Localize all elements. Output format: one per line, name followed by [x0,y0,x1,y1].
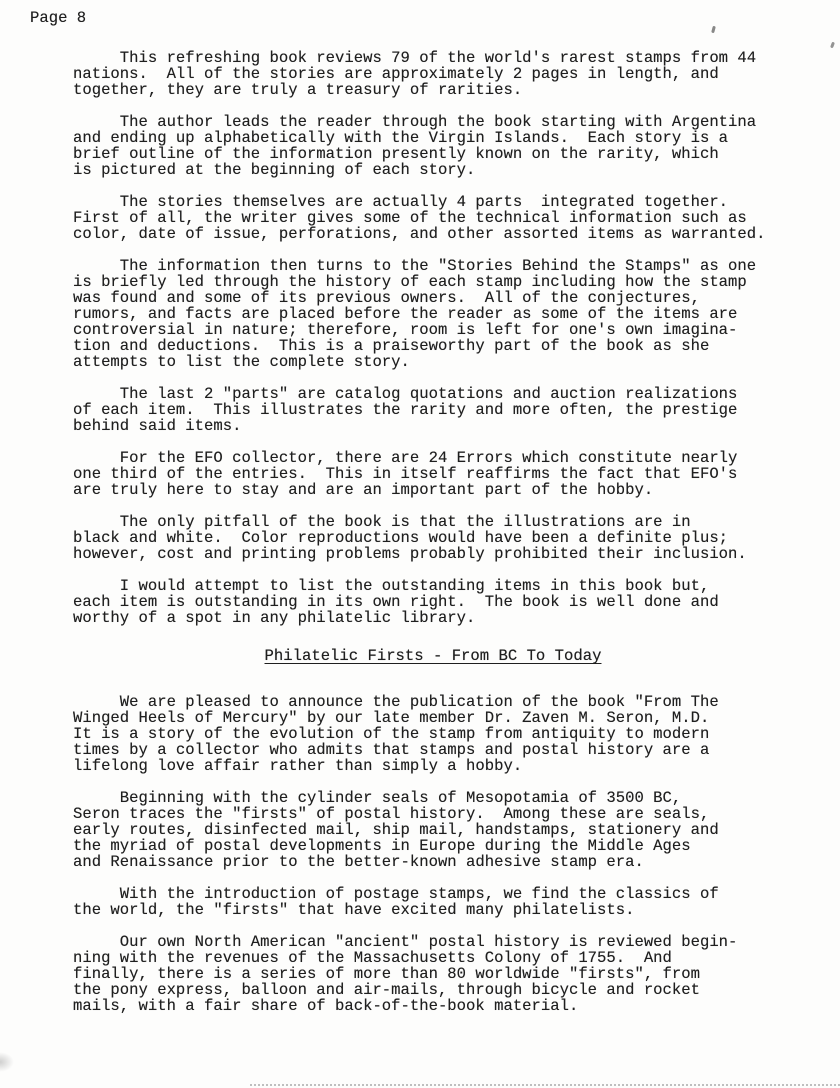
document-page: Page 8 This refreshing book reviews 79 o… [0,0,840,1088]
paragraph-north-american-history: Our own North American "ancient" postal … [73,934,793,1014]
paragraph-book-announcement: We are pleased to announce the publicati… [73,694,793,774]
paragraph-book-review-intro: This refreshing book reviews 79 of the w… [73,50,793,98]
paragraph-book-pitfall: The only pitfall of the book is that the… [73,514,793,562]
paragraph-stories-behind-stamps: The information then turns to the "Stori… [73,258,793,370]
paragraph-efo-collector: For the EFO collector, there are 24 Erro… [73,450,793,498]
paragraph-catalog-quotations: The last 2 "parts" are catalog quotation… [73,386,793,434]
page-number: Page 8 [30,10,86,26]
paragraph-postage-stamp-classics: With the introduction of postage stamps,… [73,886,793,918]
scan-artifact-speck [711,26,716,34]
scan-artifact-speck [830,42,835,49]
paragraph-review-conclusion: I would attempt to list the outstanding … [73,578,793,626]
paragraph-book-structure: The author leads the reader through the … [73,114,793,178]
scan-artifact-smudge [0,1052,14,1072]
paragraph-stories-four-parts: The stories themselves are actually 4 pa… [73,194,793,242]
section-heading-philatelic-firsts: Philatelic Firsts - From BC To Today [73,646,793,666]
paragraph-mesopotamia-firsts: Beginning with the cylinder seals of Mes… [73,790,793,870]
page-body: This refreshing book reviews 79 of the w… [73,50,793,1030]
scan-artifact-bottom-edge [250,1084,840,1086]
